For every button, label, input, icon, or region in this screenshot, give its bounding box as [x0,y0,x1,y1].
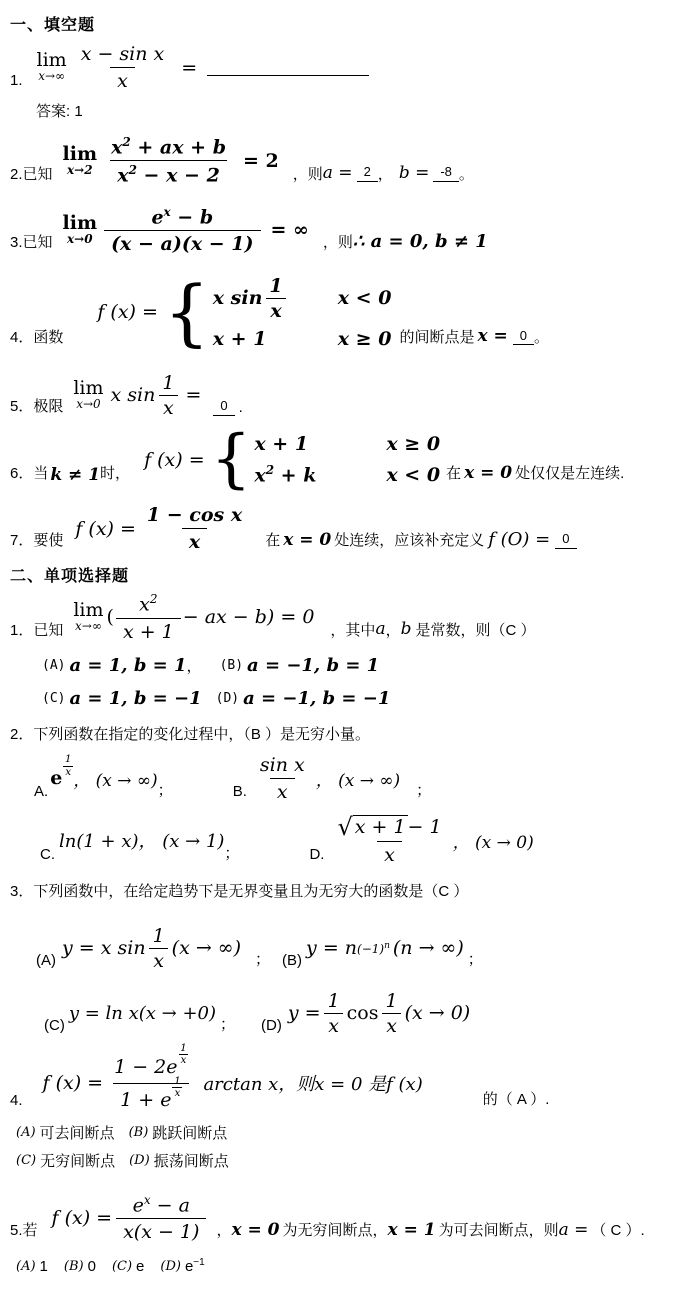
denominator: x [266,298,285,322]
fraction: ex − b (x − a)(x − 1) [104,205,260,255]
case-row-1: x + 1 x ≥ 0 [254,433,440,455]
numerator: 1 [158,372,178,395]
conclusion: ∴ a = 0, b ≠ 1 [353,231,488,252]
cos-function: cos [347,1002,379,1024]
f-of-o: f (O) = [488,529,550,550]
limit-operator: lim x→0 [73,379,103,411]
piecewise-cases: { x sin 1 x x < 0 x + 1 x ≥ 0 [164,275,392,350]
lim-subscript: x→∞ [38,70,65,83]
tail-answer: 的（ A ）. [483,1088,550,1109]
option-d-label: (D) [129,1153,150,1168]
radical: √ x + 1 [337,815,407,839]
denominator: 1 + e 1 x [113,1083,189,1112]
separator: ， [216,1219,231,1240]
function-lhs: f (x) = [43,1072,104,1094]
lim-subscript: x→0 [67,233,93,246]
mid-text: ，其中 [330,619,375,640]
left-brace: { [164,284,210,342]
denominator: x [159,395,178,419]
option-a-label: A. [34,783,48,800]
answer-a: 2 [357,164,378,182]
case1-condition: x ≥ 0 [386,433,440,455]
case-row-2: x2 + k x < 0 [254,463,440,486]
at-text: 在 [446,462,461,483]
exam-document: 一、填空题 1. lim x→∞ x − sin x x = 答案: 1 2.已… [0,0,687,1311]
mid-text-2: 为可去间断点，则 [439,1219,559,1240]
numerator: 1 [265,275,286,298]
tail-text: 处仅仅是左连续. [515,462,624,483]
den-base: x [117,165,128,187]
denominator: x [382,1013,401,1037]
limit-process: (n → ∞) [393,937,464,959]
numerator: √ x + 1 − 1 [330,815,448,841]
num-rest: + ax + b [131,136,226,158]
limit-operator: lim x→0 [63,214,98,246]
numerator: 1 [382,990,402,1013]
option-b-label: B. [233,783,247,800]
s1-question-4: 4．函数 f (x) = { x sin 1 x x < 0 x + [10,275,679,350]
sup-numerator: 1 [180,1043,187,1055]
function-lhs: f (x) = [75,518,136,540]
sup-denominator: x [179,1054,189,1067]
option-a-label: (A) [16,1259,36,1274]
s1-question-1: 1. lim x→∞ x − sin x x = [10,43,679,92]
question-number: 6．当 [10,462,48,483]
s1-question-2: 2.已知 lim x→2 x2 + ax + b x2 − x − 2 = 2 … [10,135,679,187]
option-a-label: (A) [42,658,65,673]
x-one: x = 1 [388,1220,436,1240]
sup-denominator: x [63,766,73,779]
answer-blank: 0 [513,328,534,346]
limit-operator: lim x→∞ [73,601,103,633]
option-b-value: 0 [88,1258,96,1275]
denominator: x [270,778,295,803]
rest: − a [151,1194,190,1216]
limit-process: ， (x → ∞) [316,766,400,791]
exponent: (−1)n [357,941,390,956]
s2-q1-options-row-2: (C) a = 1, b = −1 (D) a = −1, b = −1 [42,688,679,709]
option-d-text: 振荡间断点 [154,1150,229,1171]
answer: （ C ）. [591,1219,644,1240]
exponent-fraction: 1 x [179,1043,189,1067]
option-a-value: 1 [40,1258,48,1275]
lim-subscript: x→2 [67,164,93,177]
inline-fraction: 1 x [149,925,169,972]
den-rest: − x − 2 [137,165,220,187]
fraction: 1 − 2e 1 x 1 + e 1 x [107,1055,195,1112]
numerator: x2 + ax + b [104,135,233,160]
exp-base: (−1) [357,942,384,956]
lim-word: lim [73,379,103,398]
option-c-label: (C) [112,1259,132,1274]
s1-question-3: 3.已知 lim x→0 ex − b (x − a)(x − 1) = ∞ ，… [10,205,679,255]
fraction: √ x + 1 − 1 x [330,815,448,866]
lim-word: lim [63,214,98,233]
var-b: b [401,619,412,639]
then-text: ，则 [323,231,353,252]
answer-label: 答案: 1 [36,100,679,121]
s2-q4-options-row-1: (A) 可去间断点 (B) 跳跃间断点 [16,1122,679,1143]
e-base: e [50,767,62,789]
s2-question-1: 1．已知 lim x→∞ ( x2 x + 1 − ax − b) = 0 ，其… [10,592,679,642]
function-lhs: f (x) = [97,301,158,323]
case2-condition: x ≥ 0 [338,328,392,350]
inline-fraction: 1 x [158,372,178,419]
limit-operator: lim x→∞ [37,51,67,83]
question-number: 3.已知 [10,231,53,252]
option-c-expr: ln(1 + x)， (x → 1) [59,827,224,853]
num-text: 1 − 2e [114,1056,177,1078]
at-text: 在 [265,529,280,550]
mid-text-2: 是常数，则（C ） [415,619,535,640]
option-b-text: 跳跃间断点 [152,1122,227,1143]
num-base: x [111,136,122,158]
question-number: 4. [10,1092,23,1109]
option-c-label: (C) [42,691,65,706]
option-c-value: a = 1, b = −1 [69,688,201,709]
limit-process: ， (x → ∞) [73,766,157,791]
option-a-value: a = 1, b = 1 [69,655,186,676]
limit-process: (x → 0) [405,1002,471,1024]
period: 。 [459,163,474,184]
fraction-1: 1 x [324,990,344,1037]
s2-q2-options-cd: C. ln(1 + x)， (x → 1) ； D. √ x + 1 − 1 x… [10,815,679,866]
s2-question-5: 5.若 f (x) = ex − a x(x − 1) ， x = 0 为无穷间… [10,1193,679,1243]
s1-question-6: 6．当 k ≠ 1 时， f (x) = { x + 1 x ≥ 0 x2 + … [10,433,679,486]
numerator: sin x [253,754,312,778]
shi-text: 时， [100,462,130,483]
exponent: 2 [266,463,274,477]
numerator: x − sin x [74,43,172,67]
denominator: x [149,948,168,972]
case2-condition: x < 0 [386,464,440,486]
fraction: ex − a x(x − 1) [116,1193,206,1243]
limit-process: ， (x → 0) [453,828,534,853]
option-b-value: a = −1, b = 1 [247,655,379,676]
case1-expr: x + 1 [254,433,346,455]
lim-word: lim [73,601,103,620]
num-rest: − b [171,206,213,228]
x-equals: x = [477,326,507,346]
case-row-1: x sin 1 x x < 0 [213,275,392,322]
radicand: x + 1 [353,815,408,838]
option-d-label: (D) [160,1259,181,1274]
s1-question-7: 7．要使 f (x) = 1 − cos x x 在 x = 0 处连续，应该补… [10,504,679,553]
option-c-label: (C) [16,1153,36,1168]
answer-b: -8 [433,164,459,182]
separator: ， [386,619,401,640]
function-lhs: f (x) = [52,1207,113,1229]
den-text: 1 + e [120,1089,171,1111]
s2-question-2-title: 2．下列函数在指定的变化过程中，（B ）是无穷小量。 [10,723,679,744]
option-d-label: D. [309,846,324,863]
denominator: x [377,841,402,866]
base: y = n [306,937,357,959]
period: . [239,399,243,416]
a-equals: a = [323,163,353,183]
denominator: x [324,1013,343,1037]
case2-expr: x2 + k [254,463,346,486]
s2-q5-options: (A) 1 (B) 0 (C) e (D) e−1 [16,1257,679,1275]
limit-process: (x → ∞) [172,937,241,959]
left-brace: { [211,434,252,485]
denominator: x [110,67,135,92]
fraction: x2 + ax + b x2 − x − 2 [104,135,233,187]
option-c-value: e [136,1258,144,1275]
numerator: 1 [324,990,344,1013]
fraction: 1 − cos x x [140,504,249,553]
question-number: 4．函数 [10,326,63,347]
semicolon: ； [255,948,270,969]
section-2-header: 二、单项选择题 [10,563,679,586]
separator: ， [378,163,393,184]
s2-question-4: 4. f (x) = 1 − 2e 1 x 1 + e 1 x [10,1055,679,1112]
var-a: a [375,619,385,639]
option-d-label: (D) [261,1017,282,1034]
open-paren: ( [107,606,114,628]
case1-condition: x < 0 [338,287,392,309]
period: 。 [534,326,549,347]
s2-q1-options-row-1: (A) a = 1, b = 1 ， (B) a = −1, b = 1 [42,655,679,676]
base: x [254,464,265,486]
semicolon: ； [220,1013,235,1034]
exponent: −1 [193,1257,204,1268]
numerator: ex − b [144,205,220,230]
num-exponent: 2 [122,135,130,149]
question-number: 1. [10,72,23,89]
numerator: ex − a [126,1193,197,1218]
radical-sign: √ [337,815,352,839]
lim-word: lim [63,145,98,164]
question-number: 1．已知 [10,619,63,640]
lim-word: lim [37,51,67,70]
s2-q4-options-row-2: (C) 无穷间断点 (D) 振荡间断点 [16,1150,679,1171]
then-text: ，则 [293,163,323,184]
answer-blank [207,75,369,76]
base: x [139,594,150,616]
option-a-text: 可去间断点 [40,1122,115,1143]
fraction: x − sin x x [74,43,172,92]
semicolon: ； [224,842,239,863]
separator: ， [187,655,202,676]
option-b-label: (B) [282,952,302,969]
rest: + k [274,464,316,486]
answer-blank: 0 [555,531,576,549]
equals-sign: = [181,57,197,79]
after-radical: − 1 [408,816,442,838]
b-equals: b = [399,163,430,183]
denominator: (x − a)(x − 1) [104,230,260,255]
fraction: x2 x + 1 [116,592,181,642]
option-b-label: (B) [64,1259,84,1274]
option-a-label: (A) [36,952,56,969]
case2-expr: x + 1 [213,328,318,350]
tail-text: 的间断点是 [399,326,474,347]
num-exponent: x [164,205,171,219]
expression-rest: arctan x，则x = 0 是f (x) [203,1070,422,1096]
exp-exponent: n [384,941,390,951]
option-d-label: (D) [216,691,239,706]
piecewise-cases: { x + 1 x ≥ 0 x2 + k x < 0 [211,433,440,486]
tail-text: 处连续，应该补充定义 [334,529,484,550]
x-zero: x = 0 [283,530,331,550]
expression: y = x sin [62,937,146,959]
mid-text: 为无穷间断点， [283,1219,388,1240]
x-zero: x = 0 [231,1220,279,1240]
num-base: e [151,206,163,228]
question-number: 2.已知 [10,163,53,184]
limit-operator: lim x→2 [63,145,98,177]
option-c-label: (C) [44,1017,65,1034]
option-c-expr: y = ln x(x → +0) [69,1003,216,1024]
lim-subscript: x→0 [76,398,100,411]
base: e [133,1194,144,1216]
sup-denominator: x [172,1087,182,1100]
expression: y = [288,1002,321,1024]
x-zero: x = 0 [464,463,512,483]
option-a-label: (A) [16,1125,36,1140]
lim-subscript: x→∞ [75,620,102,633]
fraction-2: 1 x [382,990,402,1037]
equals-value: = ∞ [271,219,309,241]
denominator: x [182,528,207,553]
s2-q3-options-ab: (A) y = x sin 1 x (x → ∞) ； (B) y = n (−… [10,925,679,972]
expression: x sin [111,384,156,406]
equals-value: = 2 [243,150,279,172]
denominator: x(x − 1) [116,1218,206,1243]
semicolon: ； [468,948,483,969]
numerator: 1 − cos x [140,504,249,528]
denominator: x2 − x − 2 [110,160,227,186]
inline-fraction: 1 x [265,275,286,322]
exponent: 2 [150,592,158,606]
option-d-value: e−1 [185,1257,205,1275]
numerator: x2 [132,592,164,617]
fraction: sin x x [253,754,312,803]
question-number: 5．极限 [10,395,63,416]
sup-numerator: 1 [65,754,72,766]
option-b-label: (B) [220,658,243,673]
exponent: x [144,1193,151,1207]
question-number: 7．要使 [10,529,63,550]
s1-question-5: 5．极限 lim x→0 x sin 1 x = 0 . [10,372,679,419]
function-lhs: f (x) = [144,449,205,471]
s2-q2-options-ab: A. e 1 x ， (x → ∞) ； B. sin x x ， (x → ∞… [10,754,679,803]
s2-q3-options-cd: (C) y = ln x(x → +0) ； (D) y = 1 x cos 1… [10,990,679,1037]
sup-numerator: 1 [174,1076,181,1088]
semicolon: ； [416,779,431,800]
k-condition: k ≠ 1 [50,465,100,485]
question-number: 5.若 [10,1219,38,1240]
option-d-value: a = −1, b = −1 [243,688,390,709]
option-c-text: 无穷间断点 [40,1150,115,1171]
a-equals: a = [559,1220,589,1240]
section-1-header: 一、填空题 [10,12,679,35]
semicolon: ； [158,779,173,800]
equals-sign: = [185,384,201,406]
option-b-label: (B) [129,1125,149,1140]
option-c-label: C. [40,846,55,863]
exponent-fraction: 1 x [172,1076,182,1100]
case-row-2: x + 1 x ≥ 0 [213,328,392,350]
s2-question-3-title: 3．下列函数中，在给定趋势下是无界变量且为无穷大的函数是（C ） [10,880,679,901]
exponent-fraction: 1 x [63,754,73,778]
expression-rest: − ax − b) = 0 [183,606,315,628]
den-exponent: 2 [129,163,137,177]
answer-blank: 0 [213,398,234,416]
denominator: x + 1 [116,618,181,643]
numerator: 1 [149,925,169,948]
case1-expr: x sin [213,287,263,309]
